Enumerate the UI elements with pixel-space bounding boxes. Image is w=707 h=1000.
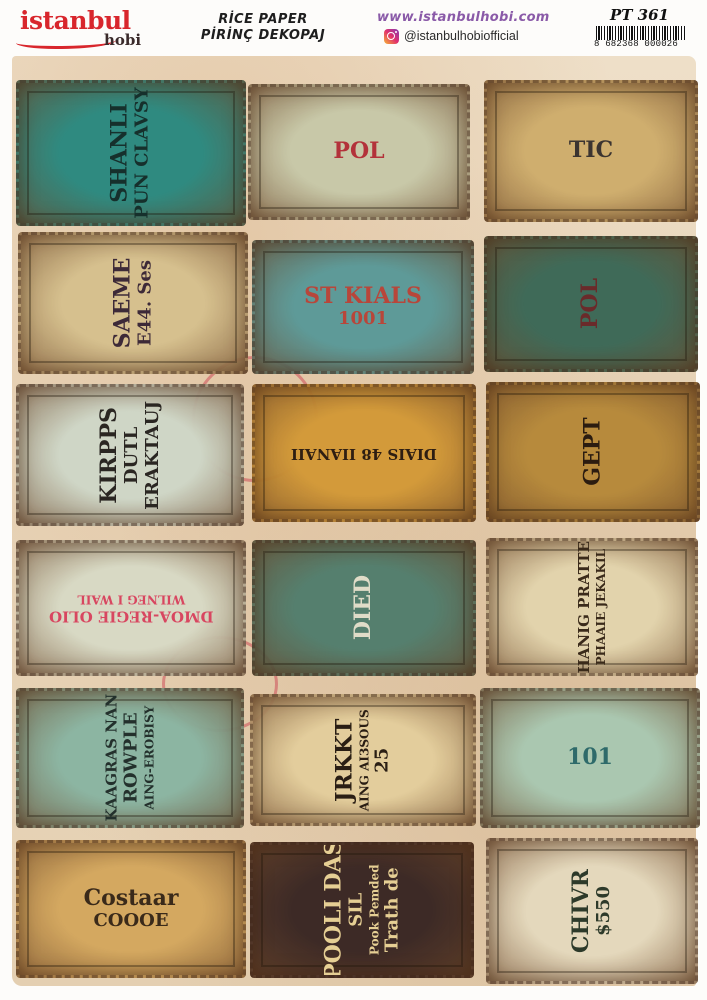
product-header: istanbul hobi RİCE PAPER PİRİNÇ DEKOPAJ … xyxy=(0,0,707,56)
vintage-ticket-r6c1: CostaarCOOOE xyxy=(16,840,246,978)
ticket-text-line: PUN CLAVSY xyxy=(134,87,153,218)
ticket-text-line: DIED xyxy=(352,575,375,640)
ticket-text: DIED xyxy=(350,575,377,640)
vintage-ticket-r2c1: SAEMEE44. Ses xyxy=(18,232,248,374)
vintage-ticket-r5c1: KAAGRAS NANROWPLEAING-EROBISY xyxy=(16,688,244,828)
ticket-text-line: Costaar xyxy=(84,887,179,910)
vintage-ticket-r3c3: GEPT xyxy=(486,382,700,522)
ticket-text-line: E44. Ses xyxy=(136,258,155,349)
vintage-ticket-r6c2: POOLI DASSILPook PemdedTrath de xyxy=(250,842,474,978)
ticket-text: ST KIALS1001 xyxy=(304,283,422,331)
ticket-text-line: AING AI3SOUS xyxy=(359,709,372,811)
ticket-text: 101 xyxy=(567,744,613,771)
logo-swoosh-icon xyxy=(16,34,116,49)
brand-logo: istanbul hobi xyxy=(16,6,146,50)
website-link[interactable]: www.istanbulhobi.com xyxy=(377,10,550,25)
ticket-text-line: 25 xyxy=(373,709,392,811)
ticket-text-line: ERAKTAUJ xyxy=(144,401,163,510)
ticket-text-line: Pook Pemded xyxy=(368,842,381,978)
vintage-ticket-r5c3: 101 xyxy=(480,688,700,828)
ticket-text-line: TIC xyxy=(569,139,613,162)
ticket-text-line: WILNEG I WAIL xyxy=(49,593,214,606)
ticket-text-line: SIL xyxy=(347,842,366,978)
vintage-ticket-r1c1: SHANLIPUN CLAVSY xyxy=(16,80,246,226)
barcode-icon xyxy=(596,26,686,40)
ticket-text-line: KAAGRAS NAN xyxy=(104,694,120,822)
ticket-text: KAAGRAS NANROWPLEAING-EROBISY xyxy=(102,694,157,822)
ticket-text: CHIVR$550 xyxy=(568,869,616,953)
ticket-text-line: ST KIALS xyxy=(304,285,422,308)
vintage-ticket-r2c3: POL xyxy=(484,236,698,372)
barcode-number: 8 682368 000026 xyxy=(594,39,678,49)
vintage-ticket-r3c2: DIAIS 48 IIANAII xyxy=(252,384,476,522)
vintage-ticket-r1c2: POL xyxy=(248,84,470,220)
ticket-text-line: 1001 xyxy=(304,310,422,329)
ticket-text-line: SAEME xyxy=(111,258,134,349)
vintage-ticket-r4c1: DMOA-REGIE OLIOWILNEG I WAIL xyxy=(16,540,246,676)
ticket-text-line: COOOE xyxy=(84,912,179,931)
ticket-text-line: PHAAIE JEKAKIL xyxy=(595,538,608,676)
instagram-handle: @istanbulhobiofficial xyxy=(404,29,519,43)
ticket-text: JRKKTAING AI3SOUS25 xyxy=(332,709,395,811)
ticket-text-line: ROWPLE xyxy=(122,694,141,822)
ticket-text-line: GEPT xyxy=(581,418,604,486)
instagram-icon xyxy=(384,29,399,44)
ticket-text-line: SHANLI xyxy=(109,87,132,218)
vintage-ticket-r4c2: DIED xyxy=(252,540,476,676)
ticket-text-line: KIRPPS xyxy=(98,401,121,510)
ticket-text-line: YHANIG PRATTES xyxy=(577,538,593,676)
instagram-link[interactable]: @istanbulhobiofficial xyxy=(384,28,519,44)
ticket-text: POOLI DASSILPook PemdedTrath de xyxy=(320,842,403,978)
rice-paper-sheet: SHANLIPUN CLAVSYPOLTICSAEMEE44. SesST KI… xyxy=(12,56,696,986)
ticket-text: POL xyxy=(333,138,384,165)
vintage-ticket-r6c3: CHIVR$550 xyxy=(486,838,698,984)
ticket-text-line: AING-EROBISY xyxy=(143,694,156,822)
ticket-text-line: DMOA-REGIE OLIO xyxy=(49,607,214,623)
ticket-text: POL xyxy=(577,278,604,329)
ticket-text: DMOA-REGIE OLIOWILNEG I WAIL xyxy=(49,591,214,625)
ticket-text-line: 101 xyxy=(567,746,613,769)
vintage-ticket-r5c2: JRKKTAING AI3SOUS25 xyxy=(250,694,476,826)
ticket-text-line: POOLI DAS xyxy=(322,842,345,978)
ticket-text-line: CHIVR xyxy=(570,869,593,953)
ticket-text: YHANIG PRATTESPHAAIE JEKAKIL xyxy=(575,538,609,676)
ticket-text: KIRPPSDUTLERAKTAUJ xyxy=(96,401,165,510)
ticket-text: GEPT xyxy=(579,418,606,486)
ticket-text-line: Trath de xyxy=(383,842,402,978)
vintage-ticket-r3c1: KIRPPSDUTLERAKTAUJ xyxy=(16,384,244,526)
ticket-text-line: JRKKT xyxy=(334,709,357,811)
ticket-text-line: POL xyxy=(333,140,384,163)
ticket-text: SAEMEE44. Ses xyxy=(109,258,157,349)
vintage-ticket-r4c3: YHANIG PRATTESPHAAIE JEKAKIL xyxy=(486,538,698,676)
ticket-text: TIC xyxy=(569,137,613,164)
vintage-ticket-r2c2: ST KIALS1001 xyxy=(252,240,474,374)
ticket-text: CostaarCOOOE xyxy=(84,885,179,933)
ticket-text-line: DUTL xyxy=(123,401,142,510)
product-title-en: RİCE PAPER xyxy=(178,12,348,28)
ticket-text-line: $550 xyxy=(595,869,614,953)
ticket-text: SHANLIPUN CLAVSY xyxy=(107,87,155,218)
product-title-tr: PİRİNÇ DEKOPAJ xyxy=(178,28,348,44)
ticket-text: DIAIS 48 IIANAII xyxy=(291,443,437,463)
ticket-text-line: POL xyxy=(579,278,602,329)
vintage-ticket-r1c3: TIC xyxy=(484,80,698,222)
product-code: PT 361 xyxy=(610,6,669,24)
ticket-text-line: DIAIS 48 IIANAII xyxy=(291,445,437,461)
product-title: RİCE PAPER PİRİNÇ DEKOPAJ xyxy=(178,12,348,44)
logo-subtitle: hobi xyxy=(104,31,141,49)
